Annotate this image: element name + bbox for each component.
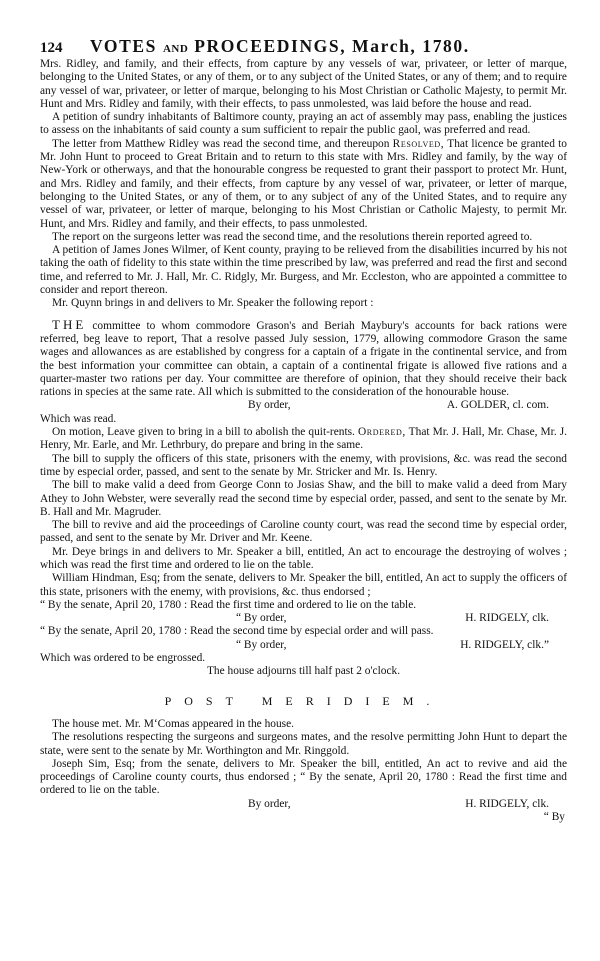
- report-signature: By order, A. GOLDER, cl. com.: [40, 399, 567, 412]
- paragraph-continued: Mrs. Ridley, and family, and their effec…: [40, 58, 567, 111]
- paragraph-wolves-bill: Mr. Deye brings in and delivers to Mr. S…: [40, 546, 567, 573]
- paragraph-joseph-sim: Joseph Sim, Esq; from the senate, delive…: [40, 758, 567, 798]
- running-header: 124 VOTES AND PROCEEDINGS, March, 1780.: [40, 36, 567, 58]
- catchword: “ By: [40, 811, 567, 824]
- signer: A. GOLDER, cl. com.: [447, 399, 549, 412]
- by-order: “ By order,: [236, 612, 286, 625]
- pm-signature: By order, H. RIDGELY, clk.: [40, 798, 567, 811]
- paragraph-surgeons-resolutions: The resolutions respecting the surgeons …: [40, 731, 567, 758]
- paragraph-caroline-bill: The bill to revive and aid the proceedin…: [40, 519, 567, 546]
- resolved-keyword: Resolved,: [393, 138, 445, 150]
- signer: H. RIDGELY, clk.: [465, 798, 549, 811]
- signer: H. RIDGELY, clk.”: [460, 639, 549, 652]
- paragraph-house-met: The house met. Mr. M‘Comas appeared in t…: [40, 718, 567, 731]
- committee-report: THE committee to whom commodore Grason's…: [40, 318, 567, 413]
- paragraph-ridley-letter: The letter from Matthew Ridley was read …: [40, 138, 567, 231]
- paragraph-baltimore-petition: A petition of sundry inhabitants of Balt…: [40, 111, 567, 138]
- by-order: By order,: [248, 798, 291, 811]
- endorsement-2: “ By the senate, April 20, 1780 : Read t…: [40, 625, 567, 638]
- paragraph-engrossed: Which was ordered to be engrossed.: [40, 652, 567, 665]
- paragraph-quynn-report: Mr. Quynn brings in and delivers to Mr. …: [40, 297, 567, 310]
- paragraph-deeds-bill: The bill to make valid a deed from Georg…: [40, 479, 567, 519]
- adjournment: The house adjourns till half past 2 o'cl…: [40, 665, 567, 678]
- paragraph-which-was-read: Which was read.: [40, 413, 567, 426]
- section-heading-post-meridiem: POST MERIDIEM.: [40, 695, 567, 708]
- paragraph-hindman: William Hindman, Esq; from the senate, d…: [40, 572, 567, 599]
- body-text: Mrs. Ridley, and family, and their effec…: [40, 58, 567, 824]
- signer: H. RIDGELY, clk.: [465, 612, 549, 625]
- paragraph-officers-bill: The bill to supply the officers of this …: [40, 453, 567, 480]
- report-text: THE committee to whom commodore Grason's…: [40, 318, 567, 400]
- page-number: 124: [40, 40, 90, 57]
- paragraph-quit-rents: On motion, Leave given to bring in a bil…: [40, 426, 567, 453]
- ordered-keyword: Ordered,: [358, 426, 406, 438]
- endorsement-1-signature: “ By order, H. RIDGELY, clk.: [40, 612, 567, 625]
- running-title: VOTES AND PROCEEDINGS, March, 1780.: [90, 36, 470, 57]
- by-order: “ By order,: [236, 639, 286, 652]
- endorsement-2-signature: “ By order, H. RIDGELY, clk.”: [40, 639, 567, 652]
- paragraph-surgeons-report: The report on the surgeons letter was re…: [40, 231, 567, 244]
- paragraph-wilmer-petition: A petition of James Jones Wilmer, of Ken…: [40, 244, 567, 297]
- endorsement-1: “ By the senate, April 20, 1780 : Read t…: [40, 599, 567, 612]
- document-page: 124 VOTES AND PROCEEDINGS, March, 1780. …: [40, 36, 567, 824]
- by-order: By order,: [248, 399, 291, 412]
